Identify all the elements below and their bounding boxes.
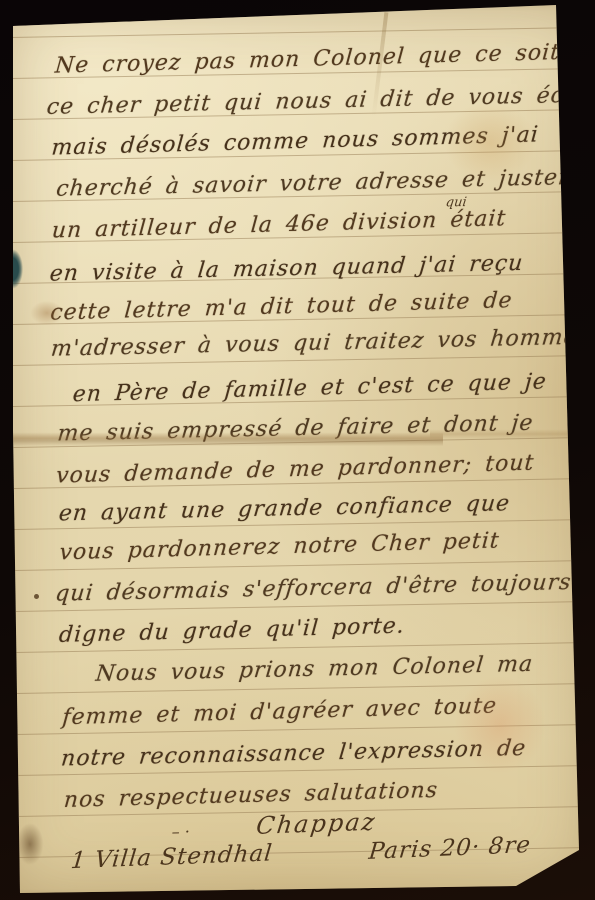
letter-body: Ne croyez pas mon Colonel que ce soitce … (0, 0, 587, 5)
letter-paper: Ne croyez pas mon Colonel que ce soitce … (0, 0, 595, 900)
paper-edge-shading (0, 0, 595, 900)
photo-background: Ne croyez pas mon Colonel que ce soitce … (0, 0, 595, 900)
